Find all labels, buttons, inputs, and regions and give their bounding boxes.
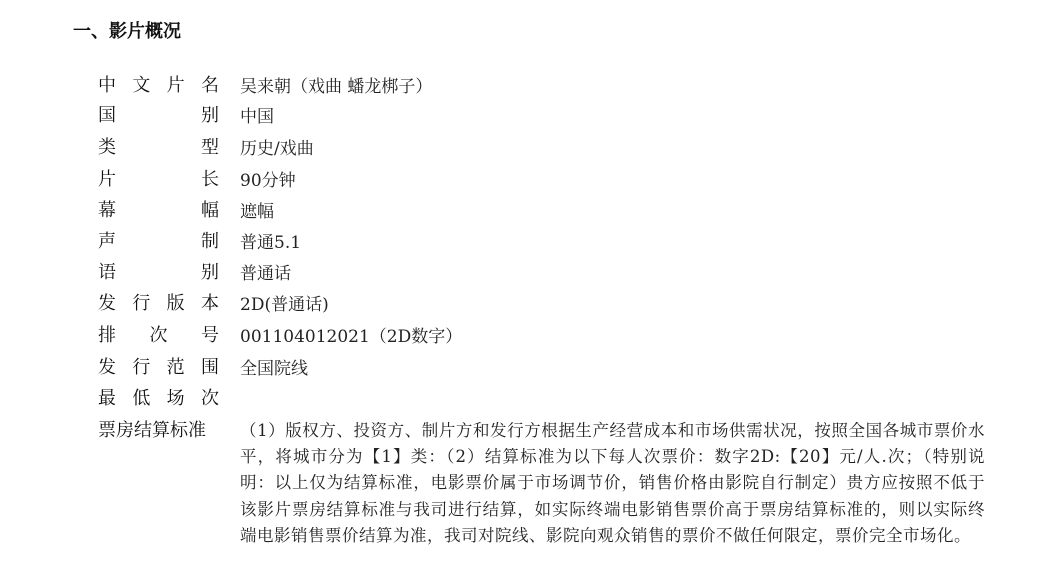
field-value: 历史/戏曲 [240, 134, 314, 159]
label-char: 最 [98, 384, 116, 410]
settlement-label: 票房结算标准 [98, 418, 206, 444]
label-char: 围 [201, 353, 219, 379]
field-label: 最 低 场 次 [98, 384, 219, 410]
label-char: 号 [201, 321, 219, 347]
label-char: 场 [167, 384, 185, 410]
field-label: 声 制 [98, 227, 219, 253]
field-row-aspect: 幕 幅 遮幅 [98, 196, 219, 222]
field-value: 普通5.1 [240, 228, 301, 253]
label-char: 次 [201, 384, 219, 410]
label-char: 发 [98, 353, 116, 379]
field-label: 发 行 范 围 [98, 353, 219, 379]
label-char: 排 [98, 321, 116, 347]
field-value: 全国院线 [240, 354, 308, 379]
label-char: 别 [201, 258, 219, 284]
label-char: 版 [167, 289, 185, 315]
field-label: 国 别 [98, 101, 219, 127]
label-char: 语 [98, 258, 116, 284]
label-char: 长 [201, 165, 219, 191]
label-char: 文 [132, 71, 150, 97]
label-char: 中 [98, 71, 116, 97]
label-char: 型 [201, 133, 219, 159]
field-row-language: 语 别 普通话 [98, 258, 219, 284]
label-char: 类 [98, 133, 116, 159]
field-label: 排 次 号 [98, 321, 219, 347]
label-char: 行 [132, 353, 150, 379]
label-char: 名 [201, 71, 219, 97]
field-value: 普通话 [240, 259, 291, 284]
field-label: 幕 幅 [98, 196, 219, 222]
settlement-text: （1）版权方、投资方、制片方和发行方根据生产经营成本和市场供需状况，按照全国各城… [240, 418, 985, 549]
label-char: 幕 [98, 196, 116, 222]
field-label: 类 型 [98, 133, 219, 159]
label-char: 片 [167, 71, 185, 97]
section-heading: 一、影片概况 [73, 20, 181, 44]
field-row-sound: 声 制 普通5.1 [98, 227, 219, 253]
label-char: 声 [98, 227, 116, 253]
field-value: 001104012021（2D数字） [240, 322, 462, 347]
field-row-release-version: 发 行 版 本 2D(普通话) [98, 289, 219, 315]
field-row-schedule-number: 排 次 号 001104012021（2D数字） [98, 321, 219, 347]
field-row-chinese-title: 中 文 片 名 吴来朝（戏曲 蟠龙梆子） [98, 71, 219, 97]
field-value: 吴来朝（戏曲 蟠龙梆子） [240, 72, 432, 97]
field-row-min-screenings: 最 低 场 次 [98, 384, 219, 410]
field-row-release-scope: 发 行 范 围 全国院线 [98, 353, 219, 379]
field-row-genre: 类 型 历史/戏曲 [98, 133, 219, 159]
field-value: 遮幅 [240, 197, 274, 222]
field-value: 2D(普通话) [240, 290, 329, 315]
label-char: 行 [132, 289, 150, 315]
label-char: 片 [98, 165, 116, 191]
field-label: 语 别 [98, 258, 219, 284]
label-char: 范 [167, 353, 185, 379]
field-row-duration: 片 长 90分钟 [98, 165, 219, 191]
label-char: 发 [98, 289, 116, 315]
field-value: 90分钟 [240, 166, 296, 191]
label-char: 本 [201, 289, 219, 315]
field-label: 发 行 版 本 [98, 289, 219, 315]
label-char: 制 [201, 227, 219, 253]
label-char: 国 [98, 101, 116, 127]
field-value: 中国 [240, 102, 274, 127]
label-char: 幅 [201, 196, 219, 222]
label-char: 低 [132, 384, 150, 410]
label-char: 次 [150, 321, 168, 347]
label-char: 别 [201, 101, 219, 127]
field-label: 中 文 片 名 [98, 71, 219, 97]
field-label: 片 长 [98, 165, 219, 191]
field-row-country: 国 别 中国 [98, 101, 219, 127]
